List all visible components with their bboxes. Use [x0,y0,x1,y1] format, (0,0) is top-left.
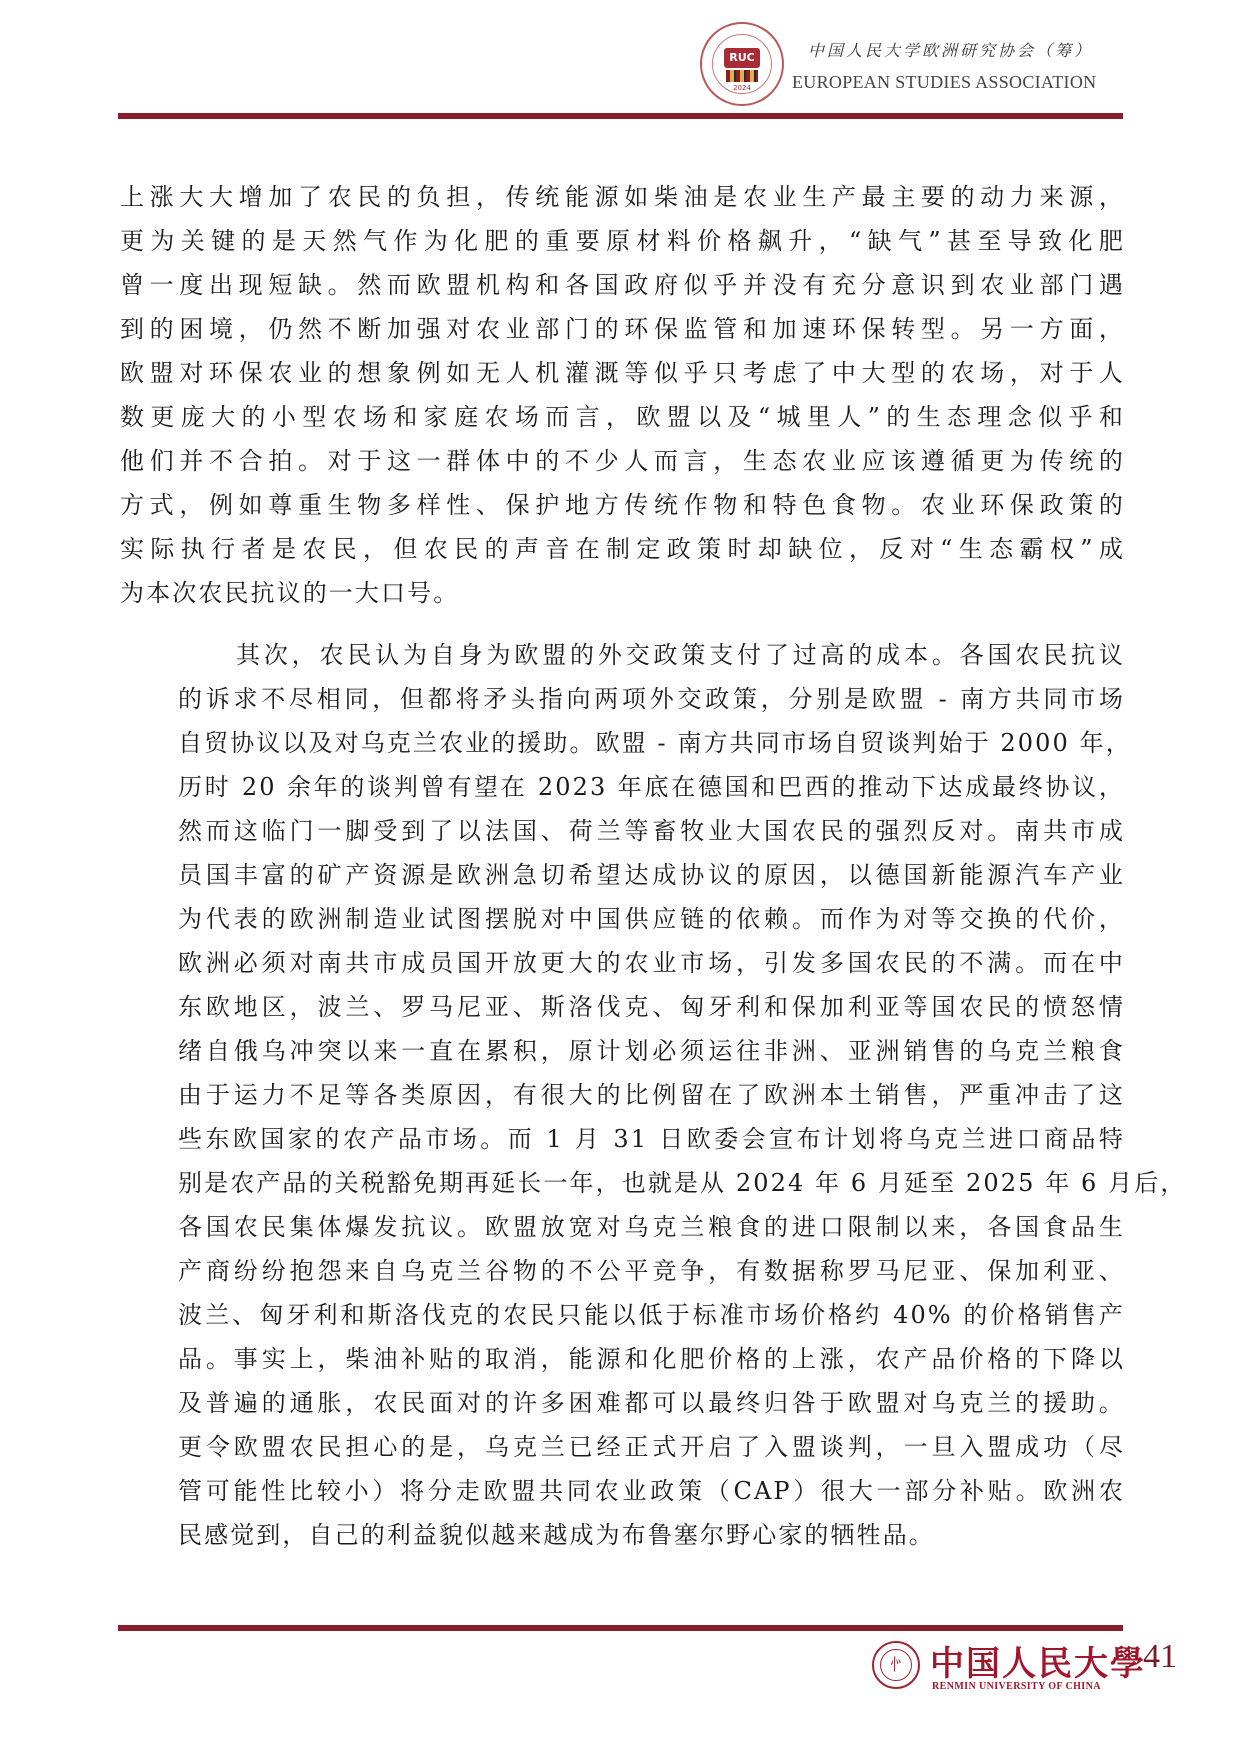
page-header: RUC 2024 中国人民大学欧洲研究协会（筹） EUROPEAN STUDIE… [0,0,1240,125]
text-line: 别是农产品的关税豁免期再延长一年，也就是从 2024 年 6 月延至 2025 … [120,1161,1125,1205]
paragraph: 其次，农民认为自身为欧盟的外交政策支付了过高的成本。各国农民抗议的诉求不尽相同，… [120,633,1125,1557]
university-name-cn: 中国人民大學 [930,1636,1146,1685]
text-line: 然而这临门一脚受到了以法国、荷兰等畜牧业大国农民的强烈反对。南共市成 [120,809,1125,853]
text-line: 数更庞大的小型农场和家庭农场而言，欧盟以及“城里人”的生态理念似乎和 [120,395,1125,439]
association-title-cn: 中国人民大学欧洲研究协会（筹） [808,38,1093,61]
text-line: 到的困境，仍然不断加强对农业部门的环保监管和加速环保转型。另一方面， [120,307,1125,351]
paragraph: 上涨大大增加了农民的负担，传统能源如柴油是农业生产最主要的动力来源，更为关键的是… [120,175,1125,615]
university-seal-icon: 㣺 [872,1641,920,1689]
text-line: 民感觉到，自己的利益貌似越来越成为布鲁塞尔野心家的牺牲品。 [120,1513,1125,1557]
seal-glyph: 㣺 [880,1649,912,1681]
paragraph-gap [120,615,1125,633]
text-line: 为本次农民抗议的一大口号。 [120,571,1125,615]
body-text: 上涨大大增加了农民的负担，传统能源如柴油是农业生产最主要的动力来源，更为关键的是… [120,175,1125,1557]
text-line: 品。事实上，柴油补贴的取消，能源和化肥价格的上涨，农产品价格的下降以 [120,1337,1125,1381]
text-line: 些东欧国家的农产品市场。而 1 月 31 日欧委会宣布计划将乌克兰进口商品特 [120,1117,1125,1161]
text-line: 曾一度出现短缺。然而欧盟机构和各国政府似乎并没有充分意识到农业部门遇 [120,263,1125,307]
text-line: 及普遍的通胀，农民面对的许多困难都可以最终归咎于欧盟对乌克兰的援助。 [120,1381,1125,1425]
association-logo: RUC 2024 [700,22,784,106]
text-line: 员国丰富的矿产资源是欧洲急切希望达成协议的原因，以德国新能源汽车产业 [120,853,1125,897]
text-line: 历时 20 余年的谈判曾有望在 2023 年底在德国和巴西的推动下达成最终协议， [120,765,1125,809]
text-line: 实际执行者是农民，但农民的声音在制定政策时却缺位，反对“生态霸权”成 [120,527,1125,571]
text-line: 方式，例如尊重生物多样性、保护地方传统作物和特色食物。农业环保政策的 [120,483,1125,527]
page-number: 41 [1143,1638,1177,1676]
text-line: 产商纷纷抱怨来自乌克兰谷物的不公平竞争，有数据称罗马尼亚、保加利亚、 [120,1249,1125,1293]
logo-year: 2024 [702,84,782,92]
association-title-en: EUROPEAN STUDIES ASSOCIATION [792,72,1096,93]
logo-badge: RUC [724,48,760,68]
text-line: 为代表的欧洲制造业试图摆脱对中国供应链的依赖。而作为对等交换的代价， [120,897,1125,941]
text-line: 的诉求不尽相同，但都将矛头指向两项外交政策，分别是欧盟 - 南方共同市场 [120,677,1125,721]
text-line: 他们并不合拍。对于这一群体中的不少人而言，生态农业应该遵循更为传统的 [120,439,1125,483]
header-divider [118,113,1123,119]
university-name-en: RENMIN UNIVERSITY OF CHINA [932,1681,1101,1692]
text-line: 波兰、匈牙利和斯洛伐克的农民只能以低于标准市场价格约 40% 的价格销售产 [120,1293,1125,1337]
text-line: 其次，农民认为自身为欧盟的外交政策支付了过高的成本。各国农民抗议 [120,633,1125,677]
text-line: 欧洲必须对南共市成员国开放更大的农业市场，引发多国农民的不满。而在中 [120,941,1125,985]
text-line: 上涨大大增加了农民的负担，传统能源如柴油是农业生产最主要的动力来源， [120,175,1125,219]
footer-divider [118,1625,1123,1631]
text-line: 由于运力不足等各类原因，有很大的比例留在了欧洲本土销售，严重冲击了这 [120,1073,1125,1117]
text-line: 自贸协议以及对乌克兰农业的援助。欧盟 - 南方共同市场自贸谈判始于 2000 年… [120,721,1125,765]
text-line: 管可能性比较小）将分走欧盟共同农业政策（CAP）很大一部分补贴。欧洲农 [120,1469,1125,1513]
text-line: 更令欧盟农民担心的是，乌克兰已经正式开启了入盟谈判，一旦入盟成功（尽 [120,1425,1125,1469]
text-line: 东欧地区，波兰、罗马尼亚、斯洛伐克、匈牙利和保加利亚等国农民的愤怒情 [120,985,1125,1029]
text-line: 各国农民集体爆发抗议。欧盟放宽对乌克兰粮食的进口限制以来，各国食品生 [120,1205,1125,1249]
logo-stripes-icon [726,70,758,82]
text-line: 更为关键的是天然气作为化肥的重要原材料价格飙升，“缺气”甚至导致化肥 [120,219,1125,263]
text-line: 欧盟对环保农业的想象例如无人机灌溉等似乎只考虑了中大型的农场，对于人 [120,351,1125,395]
text-line: 绪自俄乌冲突以来一直在累积，原计划必须运往非洲、亚洲销售的乌克兰粮食 [120,1029,1125,1073]
